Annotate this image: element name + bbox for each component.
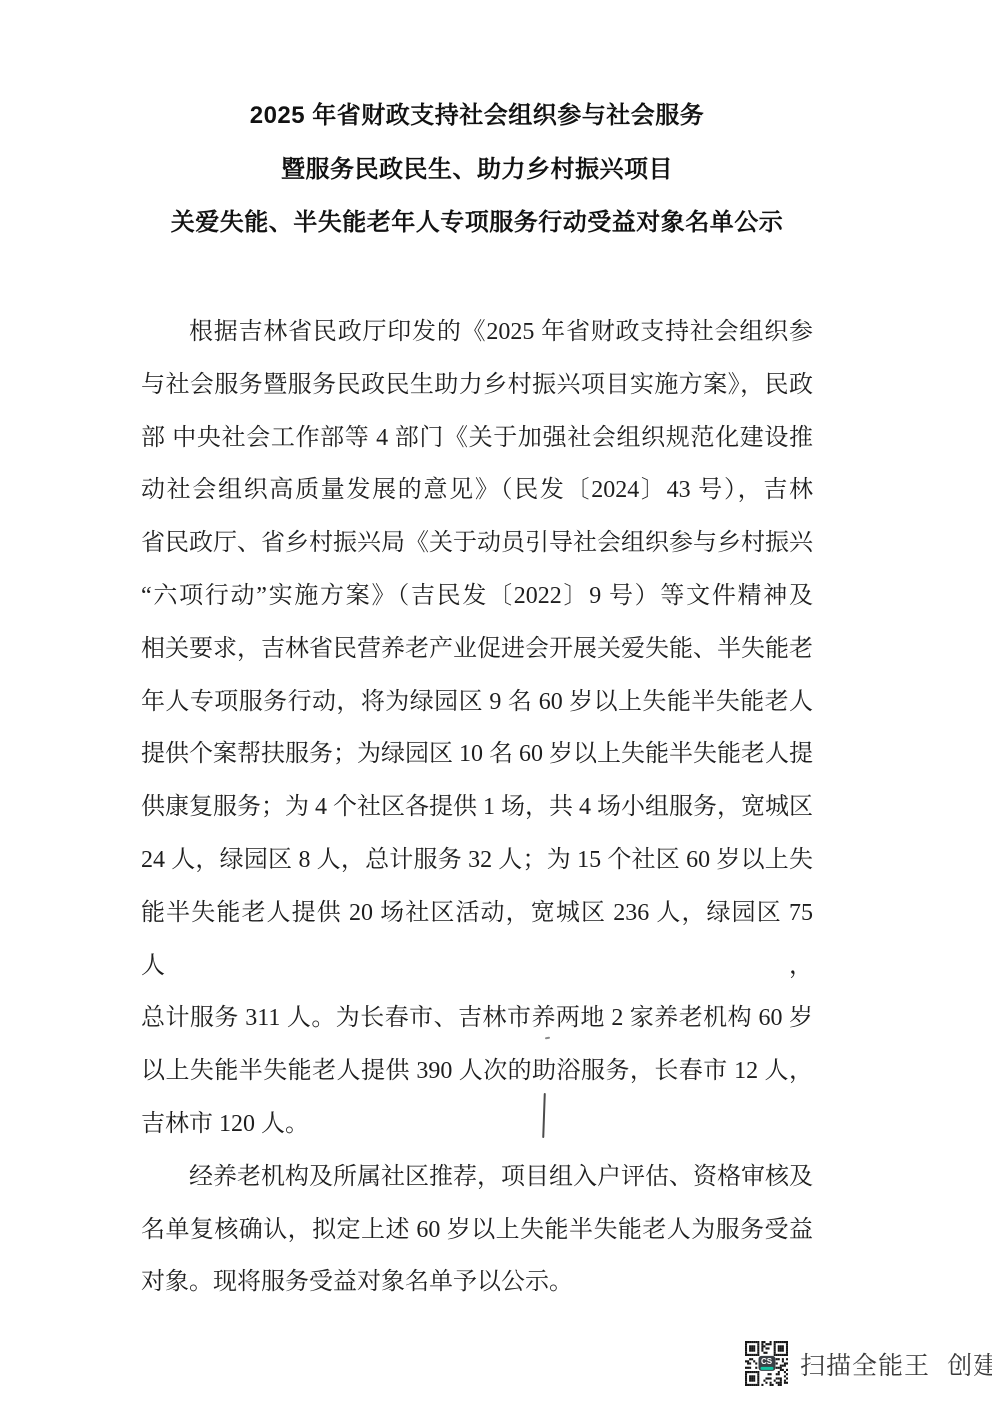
document-page: 2025 年省财政支持社会组织参与社会服务暨服务民政民生、助力乡村振兴项目关爱失… xyxy=(0,0,992,1403)
text-line: “六项行动”实施方案》（吉民发〔2022〕9 号）等文件精神及 xyxy=(141,570,813,623)
qr-code: CS xyxy=(745,1341,788,1386)
text-line: 能半失能老人提供 20 场社区活动，宽城区 236 人，绿园区 75 人， xyxy=(141,887,813,993)
text-line: 与社会服务暨服务民政民生助力乡村振兴项目实施方案》，民政 xyxy=(141,359,813,412)
cs-badge-green-bar xyxy=(760,1367,773,1370)
camscanner-watermark: CS 扫描全能王 创建 xyxy=(745,1341,992,1386)
document-body: 根据吉林省民政厅印发的《2025 年省财政支持社会组织参与社会服务暨服务民政民生… xyxy=(141,306,813,1309)
text-line: 名单复核确认，拟定上述 60 岁以上失能半失能老人为服务受益 xyxy=(141,1204,813,1257)
text-line: 供康复服务；为 4 个社区各提供 1 场，共 4 场小组服务，宽城区 xyxy=(141,781,813,834)
camscanner-cs-badge-icon: CS xyxy=(758,1355,775,1370)
title-line: 暨服务民政民生、助力乡村振兴项目 xyxy=(141,143,813,197)
text-line: 省民政厅、省乡村振兴局《关于动员引导社会组织参与乡村振兴 xyxy=(141,517,813,570)
text-line: 年人专项服务行动，将为绿园区 9 名 60 岁以上失能半失能老人 xyxy=(141,676,813,729)
document-title: 2025 年省财政支持社会组织参与社会服务暨服务民政民生、助力乡村振兴项目关爱失… xyxy=(141,89,813,250)
text-line: 根据吉林省民政厅印发的《2025 年省财政支持社会组织参 xyxy=(141,306,813,359)
text-line: 吉林市 120 人。 xyxy=(141,1098,813,1151)
text-line: 以上失能半失能老人提供 390 人次的助浴服务，长春市 12 人， xyxy=(141,1045,813,1098)
paragraph: 根据吉林省民政厅印发的《2025 年省财政支持社会组织参与社会服务暨服务民政民生… xyxy=(141,306,813,1151)
text-line: 总计服务 311 人。为长春市、吉林市养两地 2 家养老机构 60 岁 xyxy=(141,992,813,1045)
camscanner-caption: 扫描全能王 创建 xyxy=(800,1346,992,1382)
text-line: 提供个案帮扶服务；为绿园区 10 名 60 岁以上失能半失能老人提 xyxy=(141,728,813,781)
paragraph: 经养老机构及所属社区推荐，项目组入户评估、资格审核及名单复核确认，拟定上述 60… xyxy=(141,1151,813,1309)
text-line: 经养老机构及所属社区推荐，项目组入户评估、资格审核及 xyxy=(141,1151,813,1204)
text-line: 24 人，绿园区 8 人，总计服务 32 人；为 15 个社区 60 岁以上失 xyxy=(141,834,813,887)
text-line: 动社会组织高质量发展的意见》（民发〔2024〕43 号），吉林 xyxy=(141,464,813,517)
title-line: 关爱失能、半失能老年人专项服务行动受益对象名单公示 xyxy=(141,196,813,250)
text-line: 相关要求，吉林省民营养老产业促进会开展关爱失能、半失能老 xyxy=(141,623,813,676)
text-line: 对象。现将服务受益对象名单予以公示。 xyxy=(141,1256,813,1309)
text-line: 部 中央社会工作部等 4 部门《关于加强社会组织规范化建设推 xyxy=(141,412,813,465)
title-line: 2025 年省财政支持社会组织参与社会服务 xyxy=(141,89,813,143)
cs-badge-label: CS xyxy=(761,1358,772,1366)
